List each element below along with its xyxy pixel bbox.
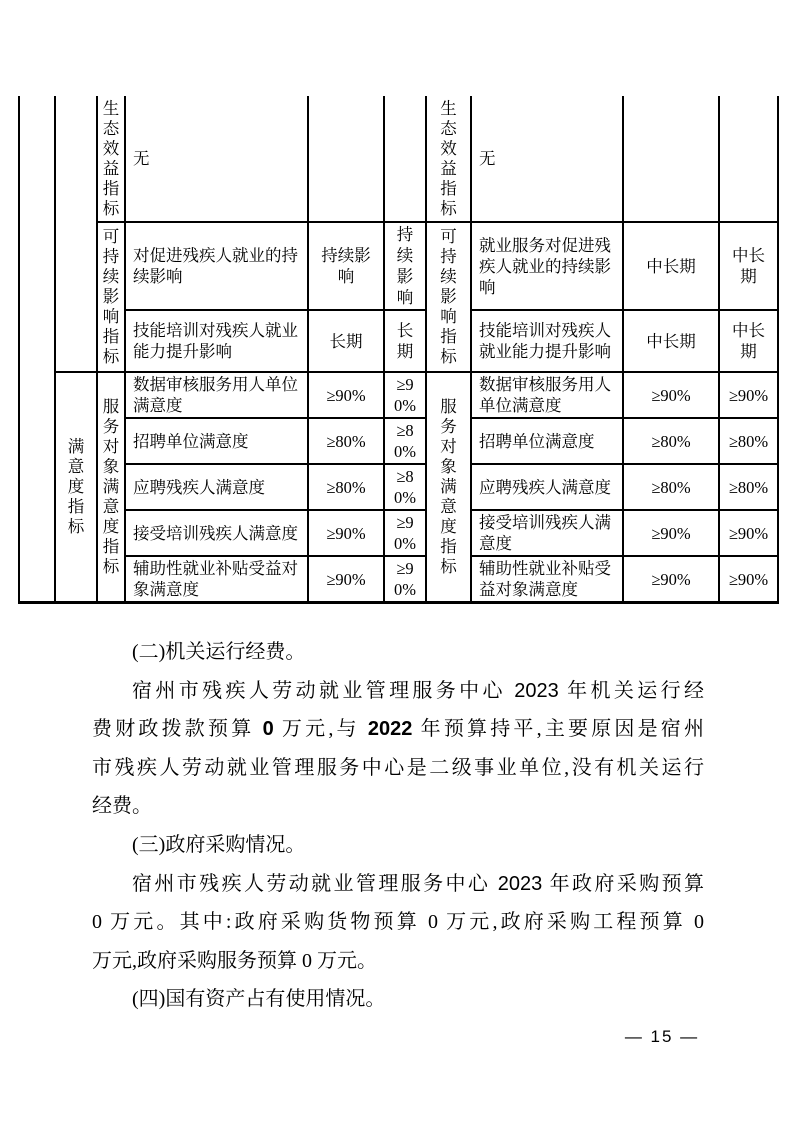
value-cell: ≥90% [719,372,778,418]
number-text: 2022 [368,718,413,740]
number-text: 2023 [498,873,543,895]
value-cell: ≥9 0% [384,372,426,418]
value-cell: ≥9 0% [384,556,426,603]
body-segment: 万元,与 [274,718,368,740]
value-cell: ≥80% [719,418,778,464]
table-cell [308,96,384,222]
body-line: (三)政府采购情况。 [92,826,704,865]
value-cell: 长期 [308,310,384,372]
value-cell: ≥90% [308,556,384,603]
value-cell: ≥80% [623,418,719,464]
category-eco-benefit-right: 生 态 效 益 指 标 [426,96,471,222]
body-segment: 宿州市残疾人劳动就业管理服务中心 [132,680,514,702]
indicator-none-right: 无 [471,96,623,222]
value-cell: ≥80% [719,464,778,510]
body-segment: 年政府采购预算 [542,873,704,895]
indicator-cell: 接受培训残疾人满 意度 [471,510,623,556]
category-eco-benefit-left: 生 态 效 益 指 标 [97,96,125,222]
category-satisfaction: 满 意 度 指 标 [55,372,97,603]
category-service-target-satisfaction-right: 服 务 对 象 满 意 度 指 标 [426,372,471,603]
body-segment: (四)国有资产占有使用情况。 [132,988,385,1010]
body-segment: 市残疾人劳动就业管理服务中心是二级事业单位,没有机关运行 [92,757,704,779]
table-cell [623,96,719,222]
indicator-cell: 接受培训残疾人满意度 [125,510,308,556]
body-line: 0 万元。其中:政府采购货物预算 0 万元,政府采购工程预算 0 [92,903,704,942]
body-line: 万元,政府采购服务预算 0 万元。 [92,942,704,981]
value-cell: ≥8 0% [384,418,426,464]
body-segment: 年机关运行经 [559,680,704,702]
body-segment: 年预算持平,主要原因是宿州 [412,718,704,740]
value-cell: 中长期 [623,222,719,310]
body-segment: (二)机关运行经费。 [132,641,305,663]
value-cell: ≥90% [623,556,719,603]
body-segment: (三)政府采购情况。 [132,834,305,856]
table-body: 生 态 效 益 指 标无生 态 效 益 指 标无可 持 续 影 响 指 标对促进… [19,96,778,603]
value-cell: 中长期 [623,310,719,372]
indicator-cell: 数据审核服务用人单位 满意度 [125,372,308,418]
value-cell: 持 续 影 响 [384,222,426,310]
outer-category-cell [19,96,55,603]
page-number: — 15 — [597,1022,727,1052]
indicator-cell: 应聘残疾人满意度 [125,464,308,510]
body-segment: 宿州市残疾人劳动就业管理服务中心 [132,873,498,895]
value-cell: ≥90% [719,510,778,556]
indicator-cell: 辅助性就业补贴受 益对象满意度 [471,556,623,603]
category-service-target-satisfaction-left: 服 务 对 象 满 意 度 指 标 [97,372,125,603]
indicator-cell: 应聘残疾人满意度 [471,464,623,510]
indicator-cell: 招聘单位满意度 [471,418,623,464]
value-cell: ≥90% [719,556,778,603]
value-cell: ≥90% [623,510,719,556]
value-cell: 长 期 [384,310,426,372]
value-cell: ≥90% [308,372,384,418]
performance-table: 生 态 效 益 指 标无生 态 效 益 指 标无可 持 续 影 响 指 标对促进… [18,96,779,604]
value-cell: ≥9 0% [384,510,426,556]
document-page: 生 态 效 益 指 标无生 态 效 益 指 标无可 持 续 影 响 指 标对促进… [0,0,793,1122]
indicator-cell: 招聘单位满意度 [125,418,308,464]
body-line: 费财政拨款预算 0 万元,与 2022 年预算持平,主要原因是宿州 [92,710,704,749]
indicator-cell: 数据审核服务用人 单位满意度 [471,372,623,418]
indicator-cell: 技能培训对残疾人 就业能力提升影响 [471,310,623,372]
indicator-cell: 技能培训对残疾人就业 能力提升影响 [125,310,308,372]
body-segment: 万元,政府采购服务预算 0 万元。 [92,950,377,972]
indicator-cell: 辅助性就业补贴受益对 象满意度 [125,556,308,603]
value-cell: ≥80% [308,464,384,510]
value-cell: ≥80% [308,418,384,464]
indicator-none-left: 无 [125,96,308,222]
value-cell: ≥8 0% [384,464,426,510]
value-cell: 中长 期 [719,222,778,310]
category-sustain-impact-left: 可 持 续 影 响 指 标 [97,222,125,372]
category-sustain-impact-right: 可 持 续 影 响 指 标 [426,222,471,372]
indicator-cell: 就业服务对促进残 疾人就业的持续影 响 [471,222,623,310]
value-cell: ≥90% [623,372,719,418]
body-line: 宿州市残疾人劳动就业管理服务中心 2023 年机关运行经 [92,672,704,711]
body-line: 宿州市残疾人劳动就业管理服务中心 2023 年政府采购预算 [92,865,704,904]
table-cell [384,96,426,222]
body-line: 市残疾人劳动就业管理服务中心是二级事业单位,没有机关运行 [92,749,704,788]
body-segment: 经费。 [92,795,152,817]
table-cell [719,96,778,222]
value-cell: 中长 期 [719,310,778,372]
body-line: (四)国有资产占有使用情况。 [92,980,704,1019]
value-cell: ≥90% [308,510,384,556]
mid-category-empty-cell [55,96,97,372]
body-line: (二)机关运行经费。 [92,633,704,672]
body-segment: 费财政拨款预算 [92,718,263,740]
body-text: (二)机关运行经费。宿州市残疾人劳动就业管理服务中心 2023 年机关运行经费财… [92,633,704,1019]
body-line: 经费。 [92,787,704,826]
indicator-cell: 对促进残疾人就业的持 续影响 [125,222,308,310]
value-cell: ≥80% [623,464,719,510]
body-segment: 0 万元。其中:政府采购货物预算 0 万元,政府采购工程预算 0 [92,911,704,933]
number-text: 2023 [514,680,559,702]
number-text: 0 [263,718,274,740]
value-cell: 持续影 响 [308,222,384,310]
